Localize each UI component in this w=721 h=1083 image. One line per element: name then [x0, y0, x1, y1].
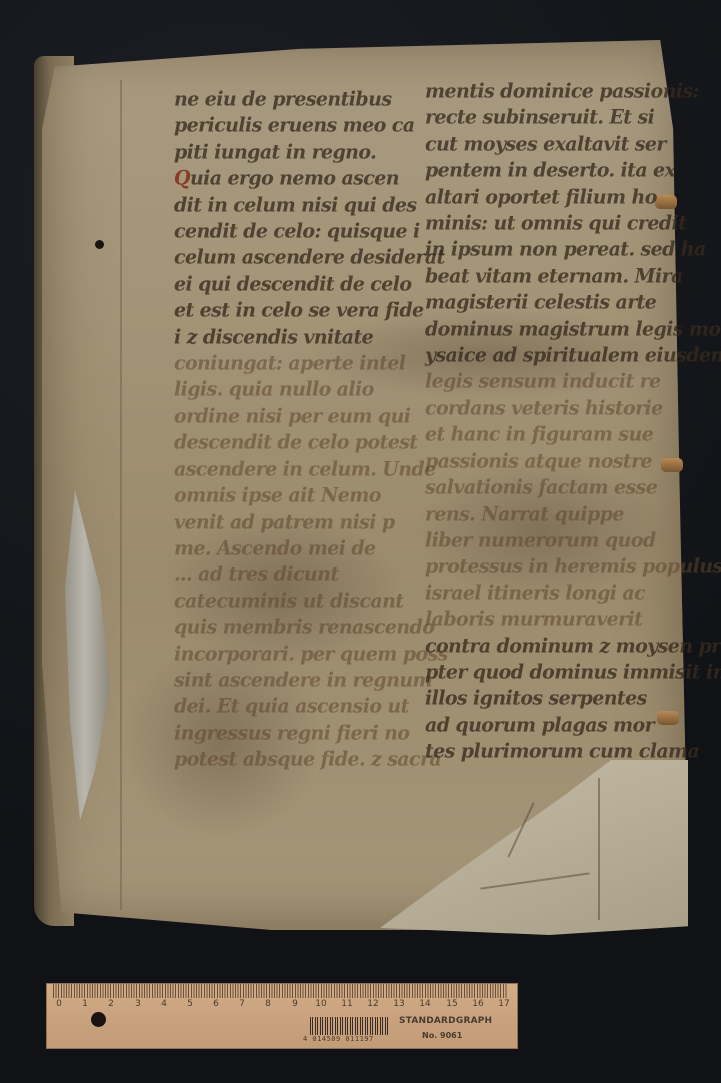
- ruler-ticks: [53, 984, 508, 998]
- script-line: dit in celum nisi qui des: [174, 191, 448, 219]
- script-line: tes plurimorum cum clama: [425, 737, 721, 765]
- tick-label: 1: [82, 999, 88, 1009]
- script-line: cordans veteris historie: [425, 394, 721, 422]
- tick-label: 12: [367, 999, 378, 1009]
- script-line: ysaice ad spiritualem eiusdem: [425, 341, 721, 369]
- script-line: passionis atque nostre: [425, 447, 721, 475]
- tick-label: 17: [498, 999, 509, 1009]
- script-line: ordine nisi per eum qui: [174, 402, 448, 430]
- ruler-brand: STANDARDGRAPH: [399, 1016, 492, 1026]
- pinhole: [95, 240, 104, 249]
- script-line: ligis. quia nullo alio: [174, 376, 448, 404]
- left-text-column: ne eiu de presentibus periculis eruens m…: [174, 86, 448, 773]
- script-line: altari oportet filium ho: [425, 183, 721, 211]
- script-line: ascendere in celum. Unde: [174, 455, 448, 483]
- script-line: recte subinseruit. Et si: [425, 104, 721, 132]
- script-line: magisterii celestis arte: [425, 289, 721, 317]
- script-line: ad quorum plagas mor: [425, 711, 721, 739]
- script-line: beat vitam eternam. Mira: [425, 262, 721, 290]
- right-text-column: mentis dominice passionis: recte subinse…: [425, 78, 721, 765]
- tick-label: 3: [135, 999, 141, 1009]
- script-line: pentem in deserto. ita ex: [425, 157, 721, 185]
- script-line: mentis dominice passionis:: [425, 77, 721, 105]
- tick-label: 4: [161, 999, 167, 1009]
- script-line: protessus in heremis populus: [425, 553, 721, 581]
- script-line: et hanc in figuram sue: [425, 421, 721, 449]
- script-line: legis sensum inducit re: [425, 368, 721, 396]
- script-line: ei qui descendit de celo: [174, 270, 448, 298]
- tick-label: 16: [472, 999, 483, 1009]
- script-line: illos ignitos serpentes: [425, 685, 721, 713]
- script-line: contra dominum z moysen pro: [425, 632, 721, 660]
- script-line: quis membris renascendo: [174, 613, 448, 641]
- script-line: venit ad patrem nisi p: [174, 508, 448, 536]
- script-line: ne eiu de presentibus: [174, 85, 448, 113]
- script-line: laboris murmuraverit: [425, 605, 721, 633]
- script-line: salvationis factam esse: [425, 473, 721, 501]
- tick-label: 14: [419, 999, 430, 1009]
- script-line: piti iungat in regno.: [174, 138, 448, 166]
- script-line: pter quod dominus immisit in: [425, 658, 721, 686]
- crease: [598, 778, 600, 920]
- script-line: in ipsum non pereat. sed ha: [425, 236, 721, 264]
- scale-ruler: 0 1 2 3 4 5 6 7 8 9 10 11 12 13 14 15 16…: [46, 983, 518, 1049]
- tick-label: 9: [292, 999, 298, 1009]
- script-line: potest absque fide. z sacra: [174, 745, 448, 773]
- tick-label: 2: [108, 999, 114, 1009]
- script-line: catecuminis ut discant: [174, 587, 448, 615]
- tick-label: 13: [393, 999, 404, 1009]
- script-line: me. Ascendo mei de: [174, 534, 448, 562]
- script-line: celum ascendere desiderat: [174, 244, 448, 272]
- tick-label: 11: [341, 999, 352, 1009]
- barcode-number: 4 014509 011197: [303, 1035, 374, 1043]
- script-line: liber numerorum quod: [425, 526, 721, 554]
- script-line: cendit de celo: quisque i: [174, 217, 448, 245]
- ruler-hole: [91, 1012, 106, 1027]
- script-line: cut moyses exaltavit ser: [425, 130, 721, 158]
- script-line: sint ascendere in regnum: [174, 666, 448, 694]
- ruler-model: No. 9061: [422, 1031, 462, 1040]
- script-line: descendit de celo potest: [174, 429, 448, 457]
- tick-label: 15: [446, 999, 457, 1009]
- barcode: [310, 1017, 388, 1035]
- tick-label: 7: [239, 999, 245, 1009]
- script-line: coniungat: aperte intel: [174, 349, 448, 377]
- script-line: ingressus regni fieri no: [174, 719, 448, 747]
- script-line: i z discendis vnitate: [174, 323, 448, 351]
- script-line: dei. Et quia ascensio ut: [174, 693, 448, 721]
- script-line: ... ad tres dicunt: [174, 561, 448, 589]
- tick-label: 10: [315, 999, 326, 1009]
- script-line: rens. Narrat quippe: [425, 500, 721, 528]
- script-line: dominus magistrum legis mo: [425, 315, 721, 343]
- tick-label: 6: [213, 999, 219, 1009]
- script-line: israel itineris longi ac: [425, 579, 721, 607]
- script-line: incorporari. per quem poss: [174, 640, 448, 668]
- tick-label: 0: [56, 999, 62, 1009]
- tick-label: 8: [265, 999, 271, 1009]
- script-line: minis: ut omnis qui credit: [425, 209, 721, 237]
- tick-label: 5: [187, 999, 193, 1009]
- script-line: et est in celo se vera fide: [174, 297, 448, 325]
- script-line: Quia ergo nemo ascen: [174, 165, 448, 193]
- script-line: omnis ipse ait Nemo: [174, 481, 448, 509]
- script-line: periculis eruens meo ca: [174, 112, 448, 140]
